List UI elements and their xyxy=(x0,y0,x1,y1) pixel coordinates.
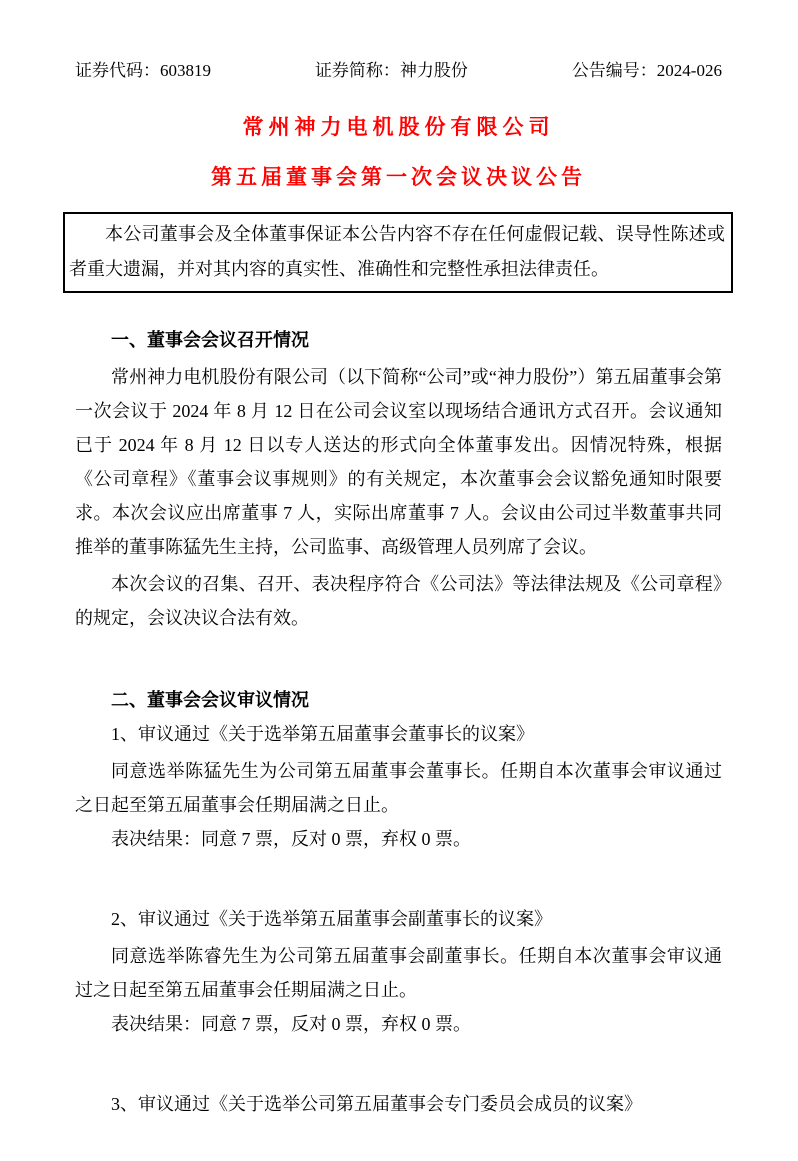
proposal-2-title: 2、审议通过《关于选举第五届董事会副董事长的议案》 xyxy=(75,902,722,936)
announcement-number: 公告编号：2024-026 xyxy=(572,56,722,81)
announcement-document-page: 证券代码：603819 证券简称：神力股份 公告编号：2024-026 常州神力… xyxy=(0,0,798,1161)
announcement-title: 第五届董事会第一次会议决议公告 xyxy=(75,163,722,191)
company-name-title: 常州神力电机股份有限公司 xyxy=(75,113,722,141)
proposal-2-vote-result: 表决结果：同意 7 票，反对 0 票，弃权 0 票。 xyxy=(75,1007,722,1041)
section-1-paragraph-1: 常州神力电机股份有限公司（以下简称“公司”或“神力股份”）第五届董事会第一次会议… xyxy=(75,360,722,564)
proposal-1-vote-result: 表决结果：同意 7 票，反对 0 票，弃权 0 票。 xyxy=(75,822,722,856)
stock-code: 证券代码：603819 xyxy=(75,56,211,81)
document-header: 证券代码：603819 证券简称：神力股份 公告编号：2024-026 xyxy=(75,56,722,81)
proposal-1-title: 1、审议通过《关于选举第五届董事会董事长的议案》 xyxy=(75,717,722,751)
section-2-heading: 二、董事会会议审议情况 xyxy=(75,683,722,717)
disclaimer-box: 本公司董事会及全体董事保证本公告内容不存在任何虚假记载、误导性陈述或者重大遗漏，… xyxy=(63,212,733,293)
disclaimer-text: 本公司董事会及全体董事保证本公告内容不存在任何虚假记载、误导性陈述或者重大遗漏，… xyxy=(69,217,725,287)
proposal-3-title: 3、审议通过《关于选举公司第五届董事会专门委员会成员的议案》 xyxy=(75,1087,722,1121)
proposal-1-body: 同意选举陈猛先生为公司第五届董事会董事长。任期自本次董事会审议通过之日起至第五届… xyxy=(75,754,722,822)
proposal-2-body: 同意选举陈睿先生为公司第五届董事会副董事长。任期自本次董事会审议通过之日起至第五… xyxy=(75,939,722,1007)
section-1-heading: 一、董事会会议召开情况 xyxy=(75,323,722,357)
section-1-paragraph-2: 本次会议的召集、召开、表决程序符合《公司法》等法律法规及《公司章程》的规定，会议… xyxy=(75,567,722,635)
stock-short-name: 证券简称：神力股份 xyxy=(315,56,468,81)
